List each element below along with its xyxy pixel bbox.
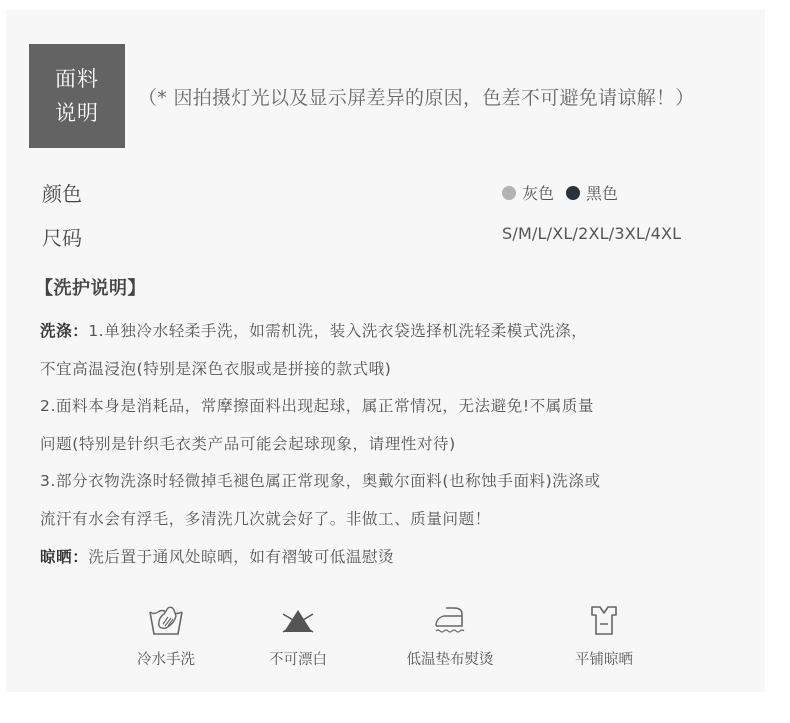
color-name-gray: 灰色 [522,181,554,204]
color-name-black: 黑色 [586,181,618,204]
low-iron-icon [428,602,472,638]
care-line: 问题(特别是针织毛衣类产品可能会起球现象，请理性对待) [40,431,760,469]
care-line: 流汗有水会有浮毛，多清洗几次就会好了。非做工、质量问题！ [40,506,760,544]
care-line: 不宜高温浸泡(特别是深色衣服或是拼接的款式哦) [40,356,760,394]
gray-swatch-icon [502,186,516,200]
care-icon-hand-wash: 冷水手洗 [106,602,226,669]
care-line: 3.部分衣物洗涤时轻微掉毛褪色属正常现象，奥戴尔面料(也称蚀手面料)洗涤或 [40,468,760,506]
dry-flat-icon [582,602,626,638]
care-icon-label: 平铺晾晒 [575,648,633,669]
color-options: 灰色 黑色 [502,181,624,204]
color-label: 颜色 [42,178,82,207]
care-line: 洗涤：1.单独冷水轻柔手洗，如需机洗，装入洗衣袋选择机洗轻柔模式洗涤， [40,318,760,356]
badge-line-2: 说明 [55,96,99,130]
care-icon-label: 低温垫布熨烫 [407,648,494,669]
care-icon-low-iron: 低温垫布熨烫 [390,602,510,669]
hand-wash-cold-icon [144,602,188,638]
dry-text: 洗后置于通风处晾晒，如有褶皱可低温慰烫 [88,548,394,566]
care-line: 晾晒：洗后置于通风处晾晒，如有褶皱可低温慰烫 [40,544,760,582]
wash-label: 洗涤： [40,322,88,340]
size-list: S/M/L/XL/2XL/3XL/4XL [502,224,681,243]
care-icon-no-bleach: 不可漂白 [238,602,358,669]
care-icon-dry-flat: 平铺晾晒 [544,602,664,669]
color-difference-note: （* 因拍摄灯光以及显示屏差异的原因，色差不可避免请谅解！） [138,83,695,110]
care-icon-label: 不可漂白 [269,648,327,669]
color-option-gray: 灰色 [502,181,554,204]
care-instructions-title: 【洗护说明】 [35,274,146,300]
badge-line-1: 面料 [55,62,99,96]
care-line-text: 1.单独冷水轻柔手洗，如需机洗，装入洗衣袋选择机洗轻柔模式洗涤， [88,322,587,340]
black-swatch-icon [566,186,580,200]
fabric-info-panel: 面料 说明 （* 因拍摄灯光以及显示屏差异的原因，色差不可避免请谅解！） 颜色 … [6,10,765,692]
size-label: 尺码 [42,222,82,251]
care-instructions: 洗涤：1.单独冷水轻柔手洗，如需机洗，装入洗衣袋选择机洗轻柔模式洗涤， 不宜高温… [40,318,760,581]
care-icon-label: 冷水手洗 [137,648,195,669]
color-option-black: 黑色 [566,181,618,204]
no-bleach-icon [276,602,320,638]
care-line: 2.面料本身是消耗品，常摩擦面料出现起球，属正常情况，无法避免!不属质量 [40,393,760,431]
dry-label: 晾晒： [40,548,88,566]
care-icons-row: 冷水手洗 不可漂白 低温垫布熨烫 平铺晾晒 [6,602,765,682]
fabric-info-badge: 面料 说明 [29,44,125,148]
